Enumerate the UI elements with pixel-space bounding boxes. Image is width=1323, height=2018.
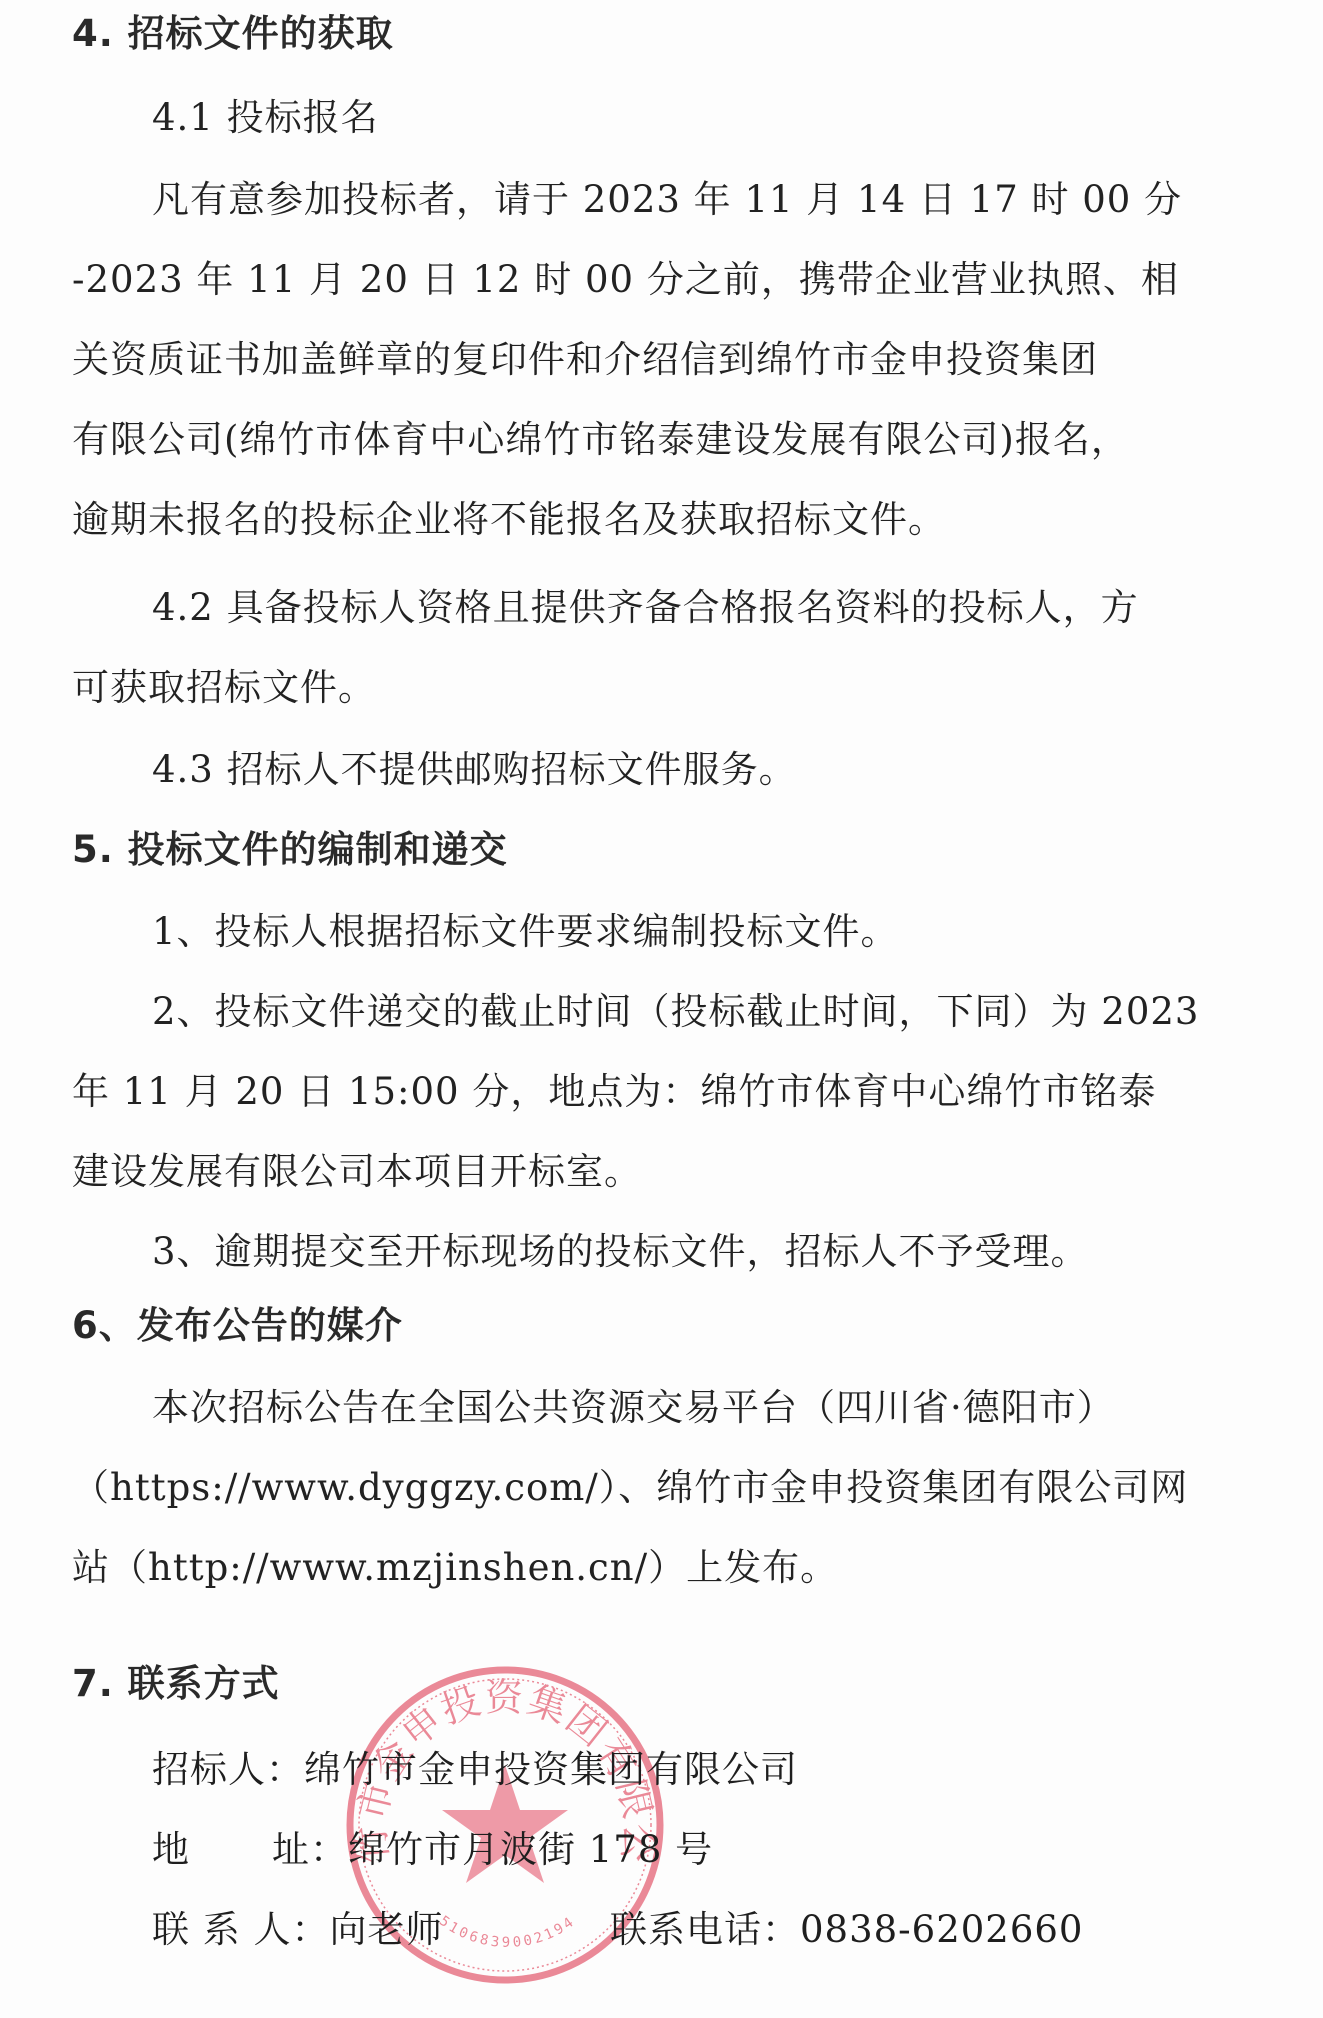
section-5-item: 3、逾期提交至开标现场的投标文件，招标人不予受理。	[152, 1228, 1089, 1276]
contact-person-label: 联 系 人：	[152, 1906, 330, 1954]
paragraph-line: 有限公司(绵竹市体育中心绵竹市铭泰建设发展有限公司)报名，	[72, 416, 1129, 464]
paragraph-line: -2023 年 11 月 20 日 12 时 00 分之前，携带企业营业执照、相	[72, 256, 1179, 304]
paragraph-line: 凡有意参加投标者，请于 2023 年 11 月 14 日 17 时 00 分	[152, 176, 1182, 224]
section-6-line: 本次招标公告在全国公共资源交易平台（四川省·德阳市）	[152, 1384, 1115, 1432]
section-5-item: 建设发展有限公司本项目开标室。	[72, 1148, 642, 1196]
svg-text:5106839002194: 5106839002194	[436, 1913, 579, 1951]
section-5-item: 年 11 月 20 日 15:00 分，地点为：绵竹市体育中心绵竹市铭泰	[72, 1068, 1156, 1116]
section-6-line-with-link: 站（http://www.mzjinshen.cn/）上发布。	[72, 1544, 838, 1592]
contact-person-row: 联 系 人：向老师	[152, 1906, 444, 1954]
phone-value: 0838-6202660	[800, 1908, 1083, 1951]
section-4-heading: 4. 招标文件的获取	[72, 10, 394, 58]
tenderer-label: 招标人：	[152, 1746, 304, 1794]
section-6-line-with-link: （https://www.dyggzy.com/）、绵竹市金申投资集团有限公司网	[72, 1464, 1188, 1512]
section-5-heading: 5. 投标文件的编制和递交	[72, 826, 508, 874]
address-value: 绵竹市月波街 178 号	[348, 1828, 713, 1871]
section-6-heading: 6、发布公告的媒介	[72, 1302, 403, 1350]
paragraph-line: 逾期未报名的投标企业将不能报名及获取招标文件。	[72, 496, 946, 544]
section-4-3-line: 4.3 招标人不提供邮购招标文件服务。	[152, 746, 797, 794]
section-4-2-line: 可获取招标文件。	[72, 664, 376, 712]
phone-label: 联系电话：	[610, 1906, 800, 1954]
section-4-2-line: 4.2 具备投标人资格且提供齐备合格报名资料的投标人，方	[152, 584, 1139, 632]
section-5-item: 2、投标文件递交的截止时间（投标截止时间，下同）为 2023	[152, 988, 1199, 1036]
address-row: 地址：绵竹市月波街 178 号	[152, 1826, 713, 1874]
address-label-part2: 址：	[272, 1826, 348, 1874]
section-4-1-title: 4.1 投标报名	[152, 94, 379, 142]
tenderer-value: 绵竹市金申投资集团有限公司	[304, 1748, 798, 1791]
paragraph-line: 关资质证书加盖鲜章的复印件和介绍信到绵竹市金申投资集团	[72, 336, 1098, 384]
section-7-heading: 7. 联系方式	[72, 1660, 280, 1708]
section-5-item: 1、投标人根据招标文件要求编制投标文件。	[152, 908, 899, 956]
address-label-part1: 地	[152, 1826, 272, 1874]
document-page: 4. 招标文件的获取 4.1 投标报名 凡有意参加投标者，请于 2023 年 1…	[0, 0, 1323, 2018]
phone-row: 联系电话：0838-6202660	[610, 1906, 1083, 1954]
tenderer-row: 招标人：绵竹市金申投资集团有限公司	[152, 1746, 798, 1794]
contact-person-value: 向老师	[330, 1908, 444, 1951]
